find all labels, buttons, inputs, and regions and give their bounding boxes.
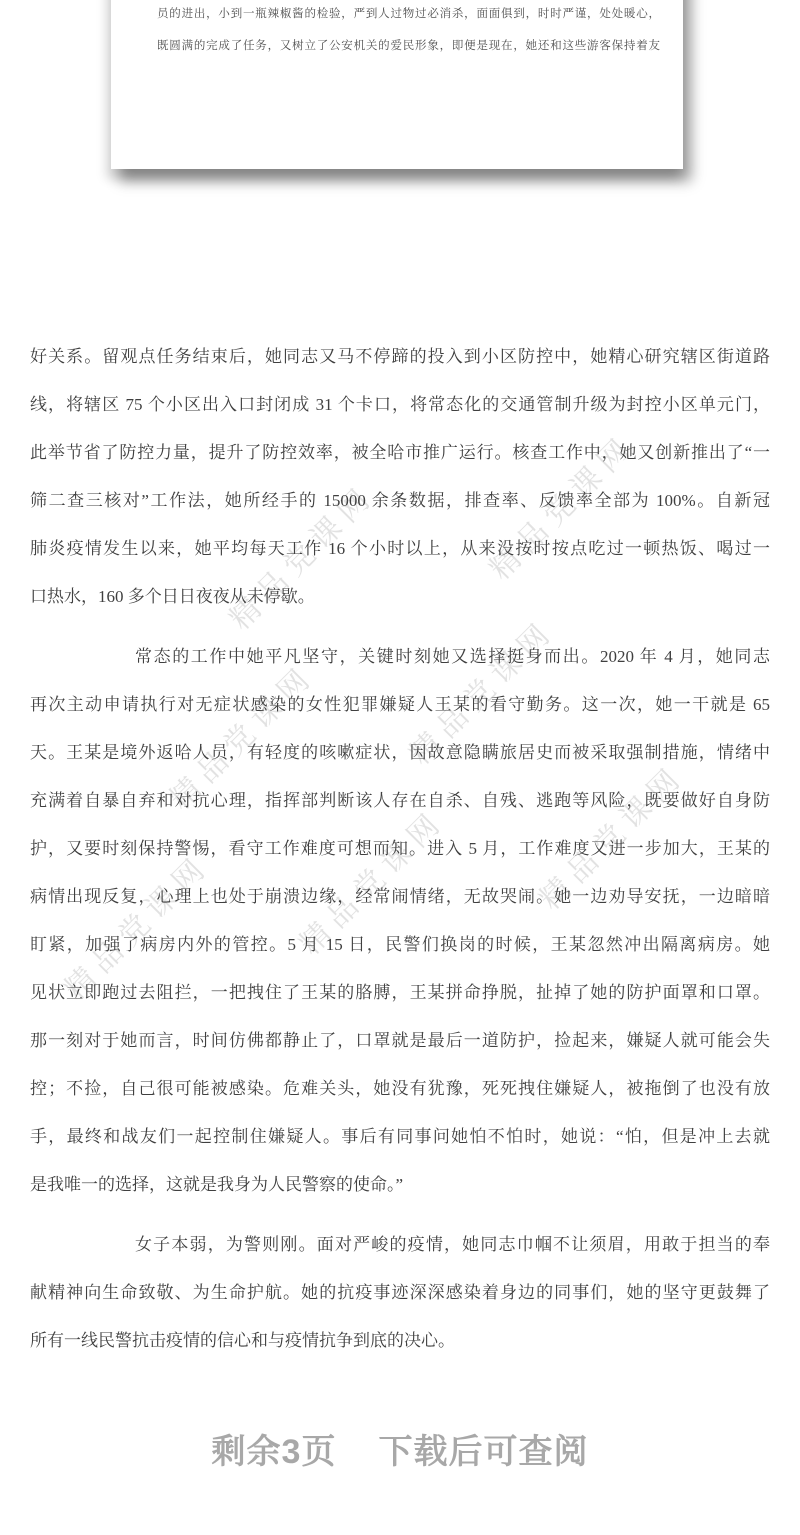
text-line: 线，将辖区 75 个小区出入口封闭成 31 个卡口，将常态化的交通管制升级为封控… [30,381,770,429]
text-line: 盯紧，加强了病房内外的管控。5 月 15 日，民警们换岗的时候，王某忽然冲出隔离… [30,921,770,969]
text-line: 那一刻对于她而言，时间仿佛都静止了，口罩就是最后一道防护，捡起来，嫌疑人就可能会… [30,1017,770,1065]
text-line: 是我唯一的选择，这就是我身为人民警察的使命。” [30,1161,770,1209]
text-line: 好关系。留观点任务结束后，她同志又马不停蹄的投入到小区防控中，她精心研究辖区街道… [30,333,770,381]
remaining-pages-note: 剩余3页 下载后可查阅 [0,1424,800,1473]
text-line: 筛二查三核对”工作法，她所经手的 15000 余条数据，排查率、反馈率全部为 1… [30,477,770,525]
text-line: 病情出现反复，心理上也处于崩溃边缘，经常闹情绪，无故哭闹。她一边劝导安抚，一边暗… [30,873,770,921]
document-preview-page: 员的进出，小到一瓶辣椒酱的检验，严到人过物过必消杀，面面俱到，时时严谨，处处暖心… [111,0,683,169]
page-preview-screen: 精品党课网精品党课网精品党课网精品党课网精品党课网精品党课网精品党课网 员的进出… [0,0,800,1535]
text-line: 天。王某是境外返哈人员，有轻度的咳嗽症状，因故意隐瞒旅居史而被采取强制措施，情绪… [30,729,770,777]
preview-text-line: 员的进出，小到一瓶辣椒酱的检验，严到人过物过必消杀，面面俱到，时时严谨，处处暖心… [157,0,660,30]
text-line: 见状立即跑过去阻拦，一把拽住了王某的胳膊，王某拼命挣脱，扯掉了她的防护面罩和口罩… [30,969,770,1017]
text-line: 所有一线民警抗击疫情的信心和与疫情抗争到底的决心。 [30,1317,770,1365]
text-line: 再次主动申请执行对无症状感染的女性犯罪嫌疑人王某的看守勤务。这一次，她一干就是 … [30,681,770,729]
preview-text-line: 既圆满的完成了任务，又树立了公安机关的爱民形象，即便是现在，她还和这些游客保持着… [157,30,660,62]
paragraph: 好关系。留观点任务结束后，她同志又马不停蹄的投入到小区防控中，她精心研究辖区街道… [30,333,770,621]
text-line: 充满着自暴自弃和对抗心理，指挥部判断该人存在自杀、自残、逃跑等风险，既要做好自身… [30,777,770,825]
text-line: 女子本弱，为警则刚。面对严峻的疫情，她同志巾帼不让须眉，用敢于担当的奉 [30,1221,770,1269]
paragraph: 常态的工作中她平凡坚守，关键时刻她又选择挺身而出。2020 年 4 月，她同志再… [30,633,770,1209]
text-line: 手，最终和战友们一起控制住嫌疑人。事后有同事问她怕不怕时，她说：“怕，但是冲上去… [30,1113,770,1161]
text-line: 控；不捡，自己很可能被感染。危难关头，她没有犹豫，死死拽住嫌疑人，被拖倒了也没有… [30,1065,770,1113]
text-line: 常态的工作中她平凡坚守，关键时刻她又选择挺身而出。2020 年 4 月，她同志 [30,633,770,681]
text-line: 献精神向生命致敬、为生命护航。她的抗疫事迹深深感染着身边的同事们，她的坚守更鼓舞… [30,1269,770,1317]
text-line: 肺炎疫情发生以来，她平均每天工作 16 个小时以上，从来没按时按点吃过一顿热饭、… [30,525,770,573]
paragraph: 女子本弱，为警则刚。面对严峻的疫情，她同志巾帼不让须眉，用敢于担当的奉献精神向生… [30,1221,770,1365]
download-to-view-hint: 下载后可查阅 [378,1424,588,1473]
text-line: 口热水，160 多个日日夜夜从未停歇。 [30,573,770,621]
text-line: 此举节省了防控力量，提升了防控效率，被全哈市推广运行。核查工作中，她又创新推出了… [30,429,770,477]
text-line: 护，又要时刻保持警惕，看守工作难度可想而知。进入 5 月，工作难度又进一步加大，… [30,825,770,873]
remaining-pages-count: 剩余3页 [212,1424,337,1473]
document-body: 好关系。留观点任务结束后，她同志又马不停蹄的投入到小区防控中，她精心研究辖区街道… [30,333,770,1365]
